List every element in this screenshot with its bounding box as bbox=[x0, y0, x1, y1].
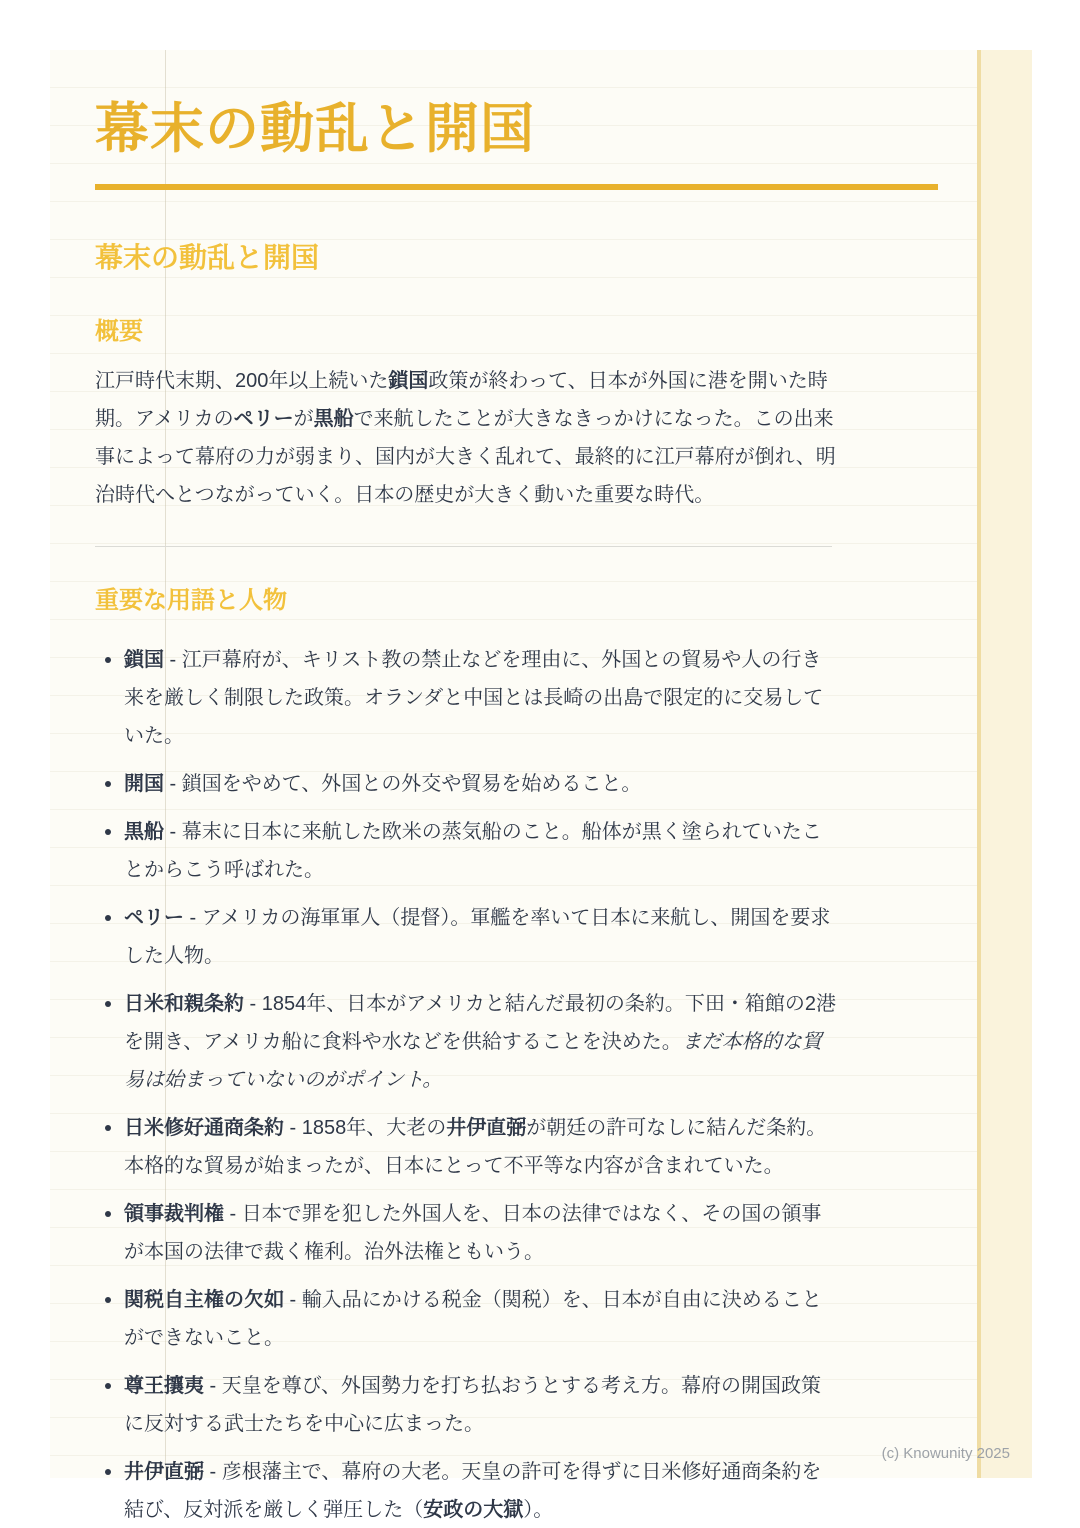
keyword-bold: 尊王攘夷 bbox=[124, 1375, 204, 1397]
text-segment: - 天皇を尊び、外国勢力を打ち払おうとする考え方。幕府の開国政策に反対する武士た… bbox=[124, 1375, 821, 1435]
term-item: 尊王攘夷 - 天皇を尊び、外国勢力を打ち払おうとする考え方。幕府の開国政策に反対… bbox=[95, 1367, 840, 1443]
keyword-bold: 鎖国 bbox=[124, 649, 164, 671]
keyword-bold: 鎖国 bbox=[388, 370, 428, 392]
term-item: 日米和親条約 - 1854年、日本がアメリカと結んだ最初の条約。下田・箱館の2港… bbox=[95, 985, 840, 1099]
text-segment: - 江戸幕府が、キリスト教の禁止などを理由に、外国との貿易や人の行き来を厳しく制… bbox=[124, 649, 823, 747]
overview-paragraph: 江戸時代末期、200年以上続いた鎖国政策が終わって、日本が外国に港を開いた時期。… bbox=[95, 362, 840, 514]
term-item: 領事裁判権 - 日本で罪を犯した外国人を、日本の法律ではなく、その国の領事が本国… bbox=[95, 1195, 840, 1271]
keyword-bold: 井伊直弼 bbox=[124, 1461, 204, 1483]
keyword-bold: 開国 bbox=[124, 773, 164, 795]
keyword-bold: 日米和親条約 bbox=[124, 993, 244, 1015]
page-title: 幕末の動乱と開国 bbox=[95, 98, 940, 160]
text-segment: ）。 bbox=[523, 1499, 553, 1521]
keyword-bold: 黒船 bbox=[314, 408, 354, 430]
document-page: 幕末の動乱と開国 幕末の動乱と開国 概要 江戸時代末期、200年以上続いた鎖国政… bbox=[50, 50, 1032, 1478]
text-segment: - 鎖国をやめて、外国との外交や貿易を始めること。 bbox=[164, 773, 641, 795]
text-segment: - アメリカの海軍軍人（提督）。軍艦を率いて日本に来航し、開国を要求した人物。 bbox=[124, 907, 830, 967]
term-item: ペリー - アメリカの海軍軍人（提督）。軍艦を率いて日本に来航し、開国を要求した… bbox=[95, 899, 840, 975]
text-segment: が bbox=[294, 408, 314, 430]
keyword-bold: 安政の大獄 bbox=[423, 1499, 523, 1521]
text-segment: - 日本で罪を犯した外国人を、日本の法律ではなく、その国の領事が本国の法律で裁く… bbox=[124, 1203, 821, 1263]
section-divider bbox=[95, 546, 832, 547]
keyword-bold: 井伊直弼 bbox=[446, 1117, 526, 1139]
terms-heading: 重要な用語と人物 bbox=[95, 587, 940, 615]
keyword-bold: 関税自主権の欠如 bbox=[124, 1289, 284, 1311]
text-segment: 江戸時代末期、200年以上続いた bbox=[95, 370, 388, 392]
terms-list: 鎖国 - 江戸幕府が、キリスト教の禁止などを理由に、外国との貿易や人の行き来を厳… bbox=[95, 641, 840, 1528]
keyword-bold: 黒船 bbox=[124, 821, 164, 843]
title-underline-rule bbox=[95, 184, 938, 190]
term-item: 鎖国 - 江戸幕府が、キリスト教の禁止などを理由に、外国との貿易や人の行き来を厳… bbox=[95, 641, 840, 755]
term-item: 日米修好通商条約 - 1858年、大老の井伊直弼が朝廷の許可なしに結んだ条約。本… bbox=[95, 1109, 840, 1185]
keyword-bold: 領事裁判権 bbox=[124, 1203, 224, 1225]
text-segment: - 幕末に日本に来航した欧米の蒸気船のこと。船体が黒く塗られていたことからこう呼… bbox=[124, 821, 822, 881]
keyword-bold: 日米修好通商条約 bbox=[124, 1117, 284, 1139]
keyword-bold: ペリー bbox=[124, 907, 184, 929]
term-item: 井伊直弼 - 彦根藩主で、幕府の大老。天皇の許可を得ずに日米修好通商条約を結び、… bbox=[95, 1453, 840, 1528]
copyright-watermark: (c) Knowunity 2025 bbox=[882, 1445, 1010, 1462]
term-item: 関税自主権の欠如 - 輸入品にかける税金（関税）を、日本が自由に決めることができ… bbox=[95, 1281, 840, 1357]
document-content: 幕末の動乱と開国 幕末の動乱と開国 概要 江戸時代末期、200年以上続いた鎖国政… bbox=[50, 50, 940, 1528]
page-edge-band bbox=[977, 50, 1032, 1478]
term-item: 開国 - 鎖国をやめて、外国との外交や貿易を始めること。 bbox=[95, 765, 840, 803]
text-segment: - 1858年、大老の bbox=[284, 1117, 446, 1139]
keyword-bold: ペリー bbox=[234, 408, 294, 430]
section-heading: 幕末の動乱と開国 bbox=[95, 242, 940, 274]
overview-heading: 概要 bbox=[95, 318, 940, 346]
term-item: 黒船 - 幕末に日本に来航した欧米の蒸気船のこと。船体が黒く塗られていたことから… bbox=[95, 813, 840, 889]
